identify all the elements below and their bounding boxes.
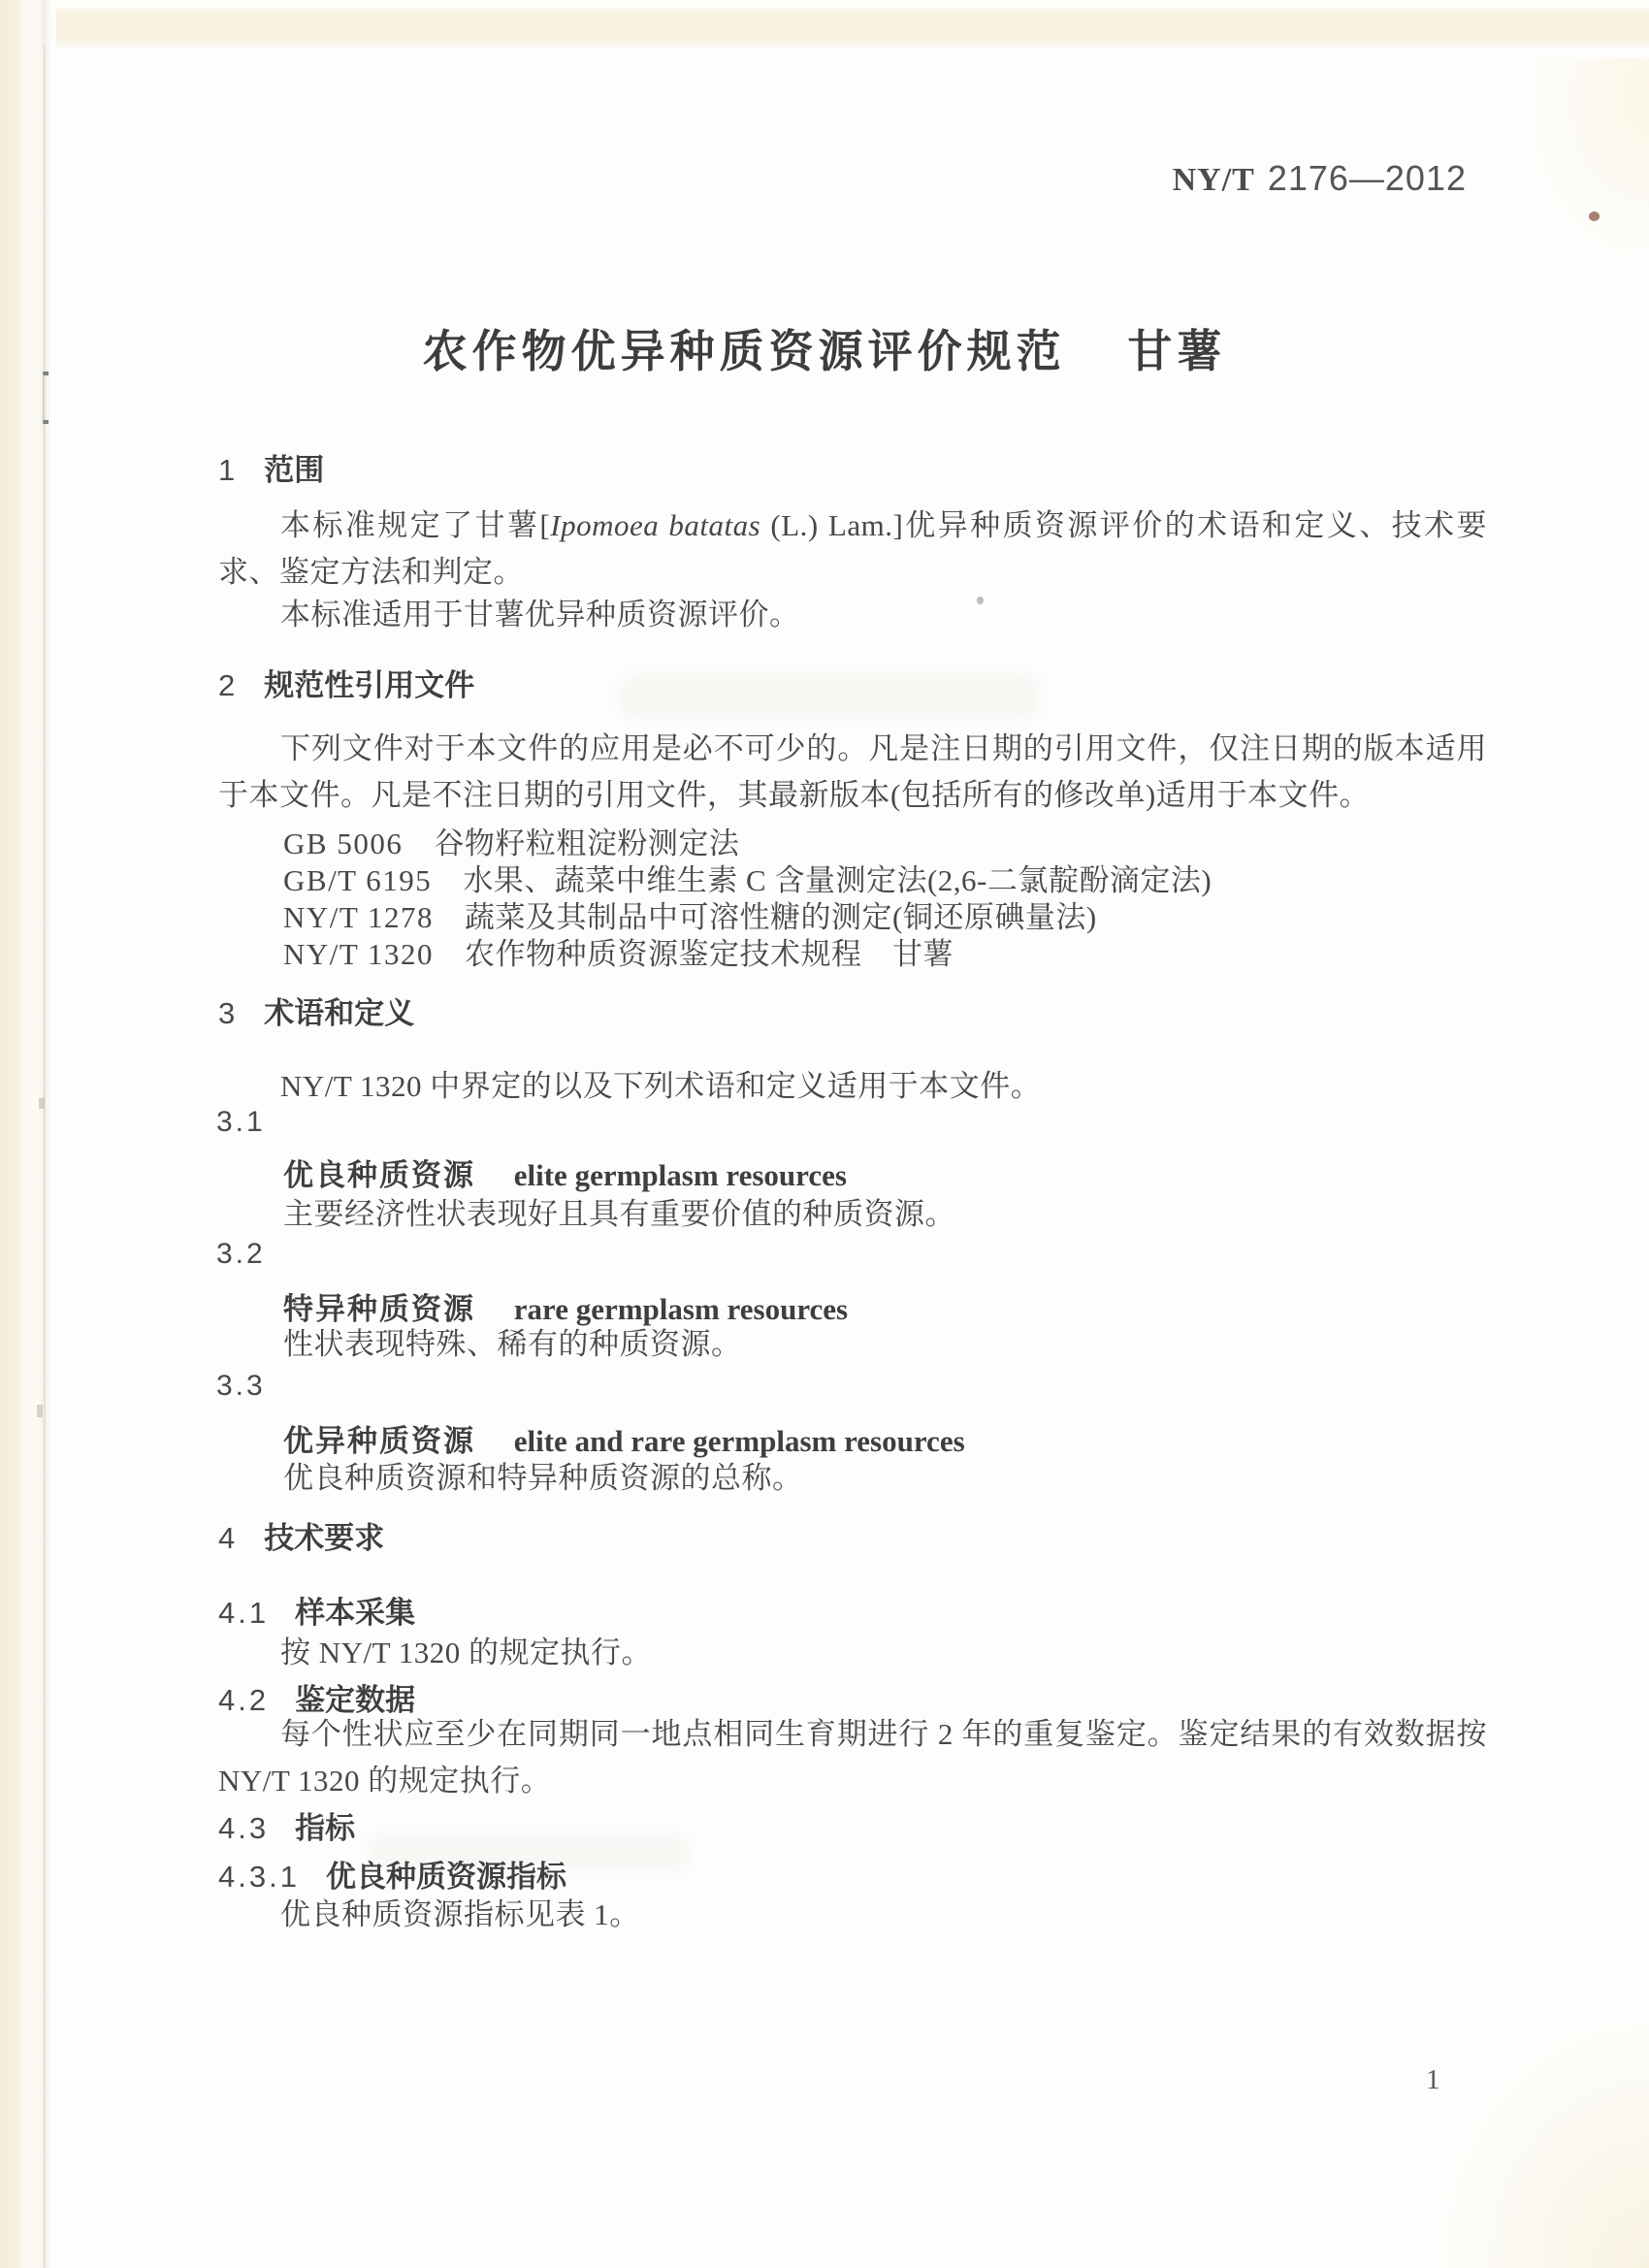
term-definition: 性状表现特殊、稀有的种质资源。 — [283, 1319, 742, 1363]
section-3-label: 术语和定义 — [264, 988, 414, 1032]
latin-species-name: Ipomoea batatas — [550, 508, 760, 542]
document-title-main: 农作物优异种质资源评价规范 — [423, 326, 1066, 376]
document-title-subject: 甘薯 — [1127, 326, 1226, 376]
section-2-number: 2 — [218, 668, 238, 703]
term-definition: 主要经济性状表现好且具有重要价值的种质资源。 — [283, 1189, 955, 1233]
section-3-heading: 3 术语和定义 — [218, 988, 414, 1032]
scan-stain-top-right — [1533, 58, 1649, 252]
section-4-number: 4 — [218, 1521, 238, 1556]
section-3-number: 3 — [218, 996, 238, 1031]
section-1-heading: 1 范围 — [218, 445, 324, 489]
indicator-paragraph: 优良种质资源指标见表 1。 — [218, 1892, 1487, 1938]
section-4-label: 技术要求 — [264, 1513, 384, 1557]
reference-title: 农作物种质资源鉴定技术规程 甘薯 — [465, 937, 954, 971]
scan-artifact-mark — [37, 1405, 43, 1417]
section-1-number: 1 — [218, 453, 238, 488]
section-4-3-1-number: 4.3.1 — [218, 1860, 300, 1895]
identification-data-paragraph: 每个性状应至少在同期同一地点相同生育期进行 2 年的重复鉴定。鉴定结果的有效数据… — [218, 1711, 1487, 1804]
scan-artifact-dot — [1589, 211, 1600, 221]
bleed-through-smudge — [621, 677, 1038, 716]
term-name-zh: 优良种质资源 — [283, 1158, 475, 1192]
page-number: 1 — [1426, 2064, 1441, 2096]
term-number: 3.1 — [216, 1106, 266, 1139]
scope-paragraph: 本标准规定了甘薯[Ipomoea batatas (L.) Lam.]优异种质资… — [218, 502, 1487, 596]
section-4-1-heading: 4.1 样本采集 — [218, 1588, 415, 1632]
references-intro-paragraph: 下列文件对于本文件的应用是必不可少的。凡是注日期的引用文件，仅注日期的版本适用于… — [218, 726, 1487, 819]
section-4-3-1-label: 优良种质资源指标 — [326, 1852, 566, 1895]
reference-item: NY/T 1320农作物种质资源鉴定技术规程 甘薯 — [283, 929, 954, 973]
term-number: 3.3 — [216, 1370, 266, 1403]
standard-code: NY/T 2176—2012 — [1173, 158, 1467, 199]
term-heading: 优良种质资源 elite germplasm resources — [283, 1150, 847, 1194]
section-4-3-heading: 4.3 指标 — [218, 1803, 355, 1847]
reference-code: NY/T 1320 — [283, 937, 434, 971]
standard-code-prefix: NY/T — [1173, 162, 1255, 199]
sampling-paragraph: 按 NY/T 1320 的规定执行。 — [218, 1630, 1487, 1676]
terms-intro-paragraph: NY/T 1320 中界定的以及下列术语和定义适用于本文件。 — [218, 1063, 1487, 1110]
term-definition: 优良种质资源和特异种质资源的总称。 — [283, 1453, 803, 1497]
scan-edge-top — [0, 0, 1649, 50]
document-page: NY/T 2176—2012 农作物优异种质资源评价规范 甘薯 1 范围 本标准… — [0, 0, 1649, 2268]
section-4-heading: 4 技术要求 — [218, 1513, 384, 1557]
scan-artifact-mark — [39, 1098, 45, 1109]
section-4-3-label: 指标 — [295, 1803, 355, 1847]
section-4-1-number: 4.1 — [218, 1596, 269, 1631]
document-title: 农作物优异种质资源评价规范 甘薯 — [0, 316, 1649, 380]
section-1-label: 范围 — [264, 445, 324, 489]
applicability-paragraph: 本标准适用于甘薯优异种质资源评价。 — [218, 592, 1487, 638]
scope-text-pre: 本标准规定了甘薯[ — [280, 508, 550, 542]
section-2-label: 规范性引用文件 — [264, 661, 474, 704]
standard-code-number: 2176—2012 — [1268, 158, 1467, 199]
term-number: 3.2 — [216, 1238, 266, 1271]
section-2-heading: 2 规范性引用文件 — [218, 661, 474, 704]
term-name-en: elite germplasm resources — [514, 1158, 847, 1192]
scan-stain-bottom-right — [1436, 2016, 1649, 2268]
section-4-3-number: 4.3 — [218, 1811, 269, 1846]
section-4-1-label: 样本采集 — [295, 1588, 415, 1632]
section-4-3-1-heading: 4.3.1 优良种质资源指标 — [218, 1852, 566, 1895]
